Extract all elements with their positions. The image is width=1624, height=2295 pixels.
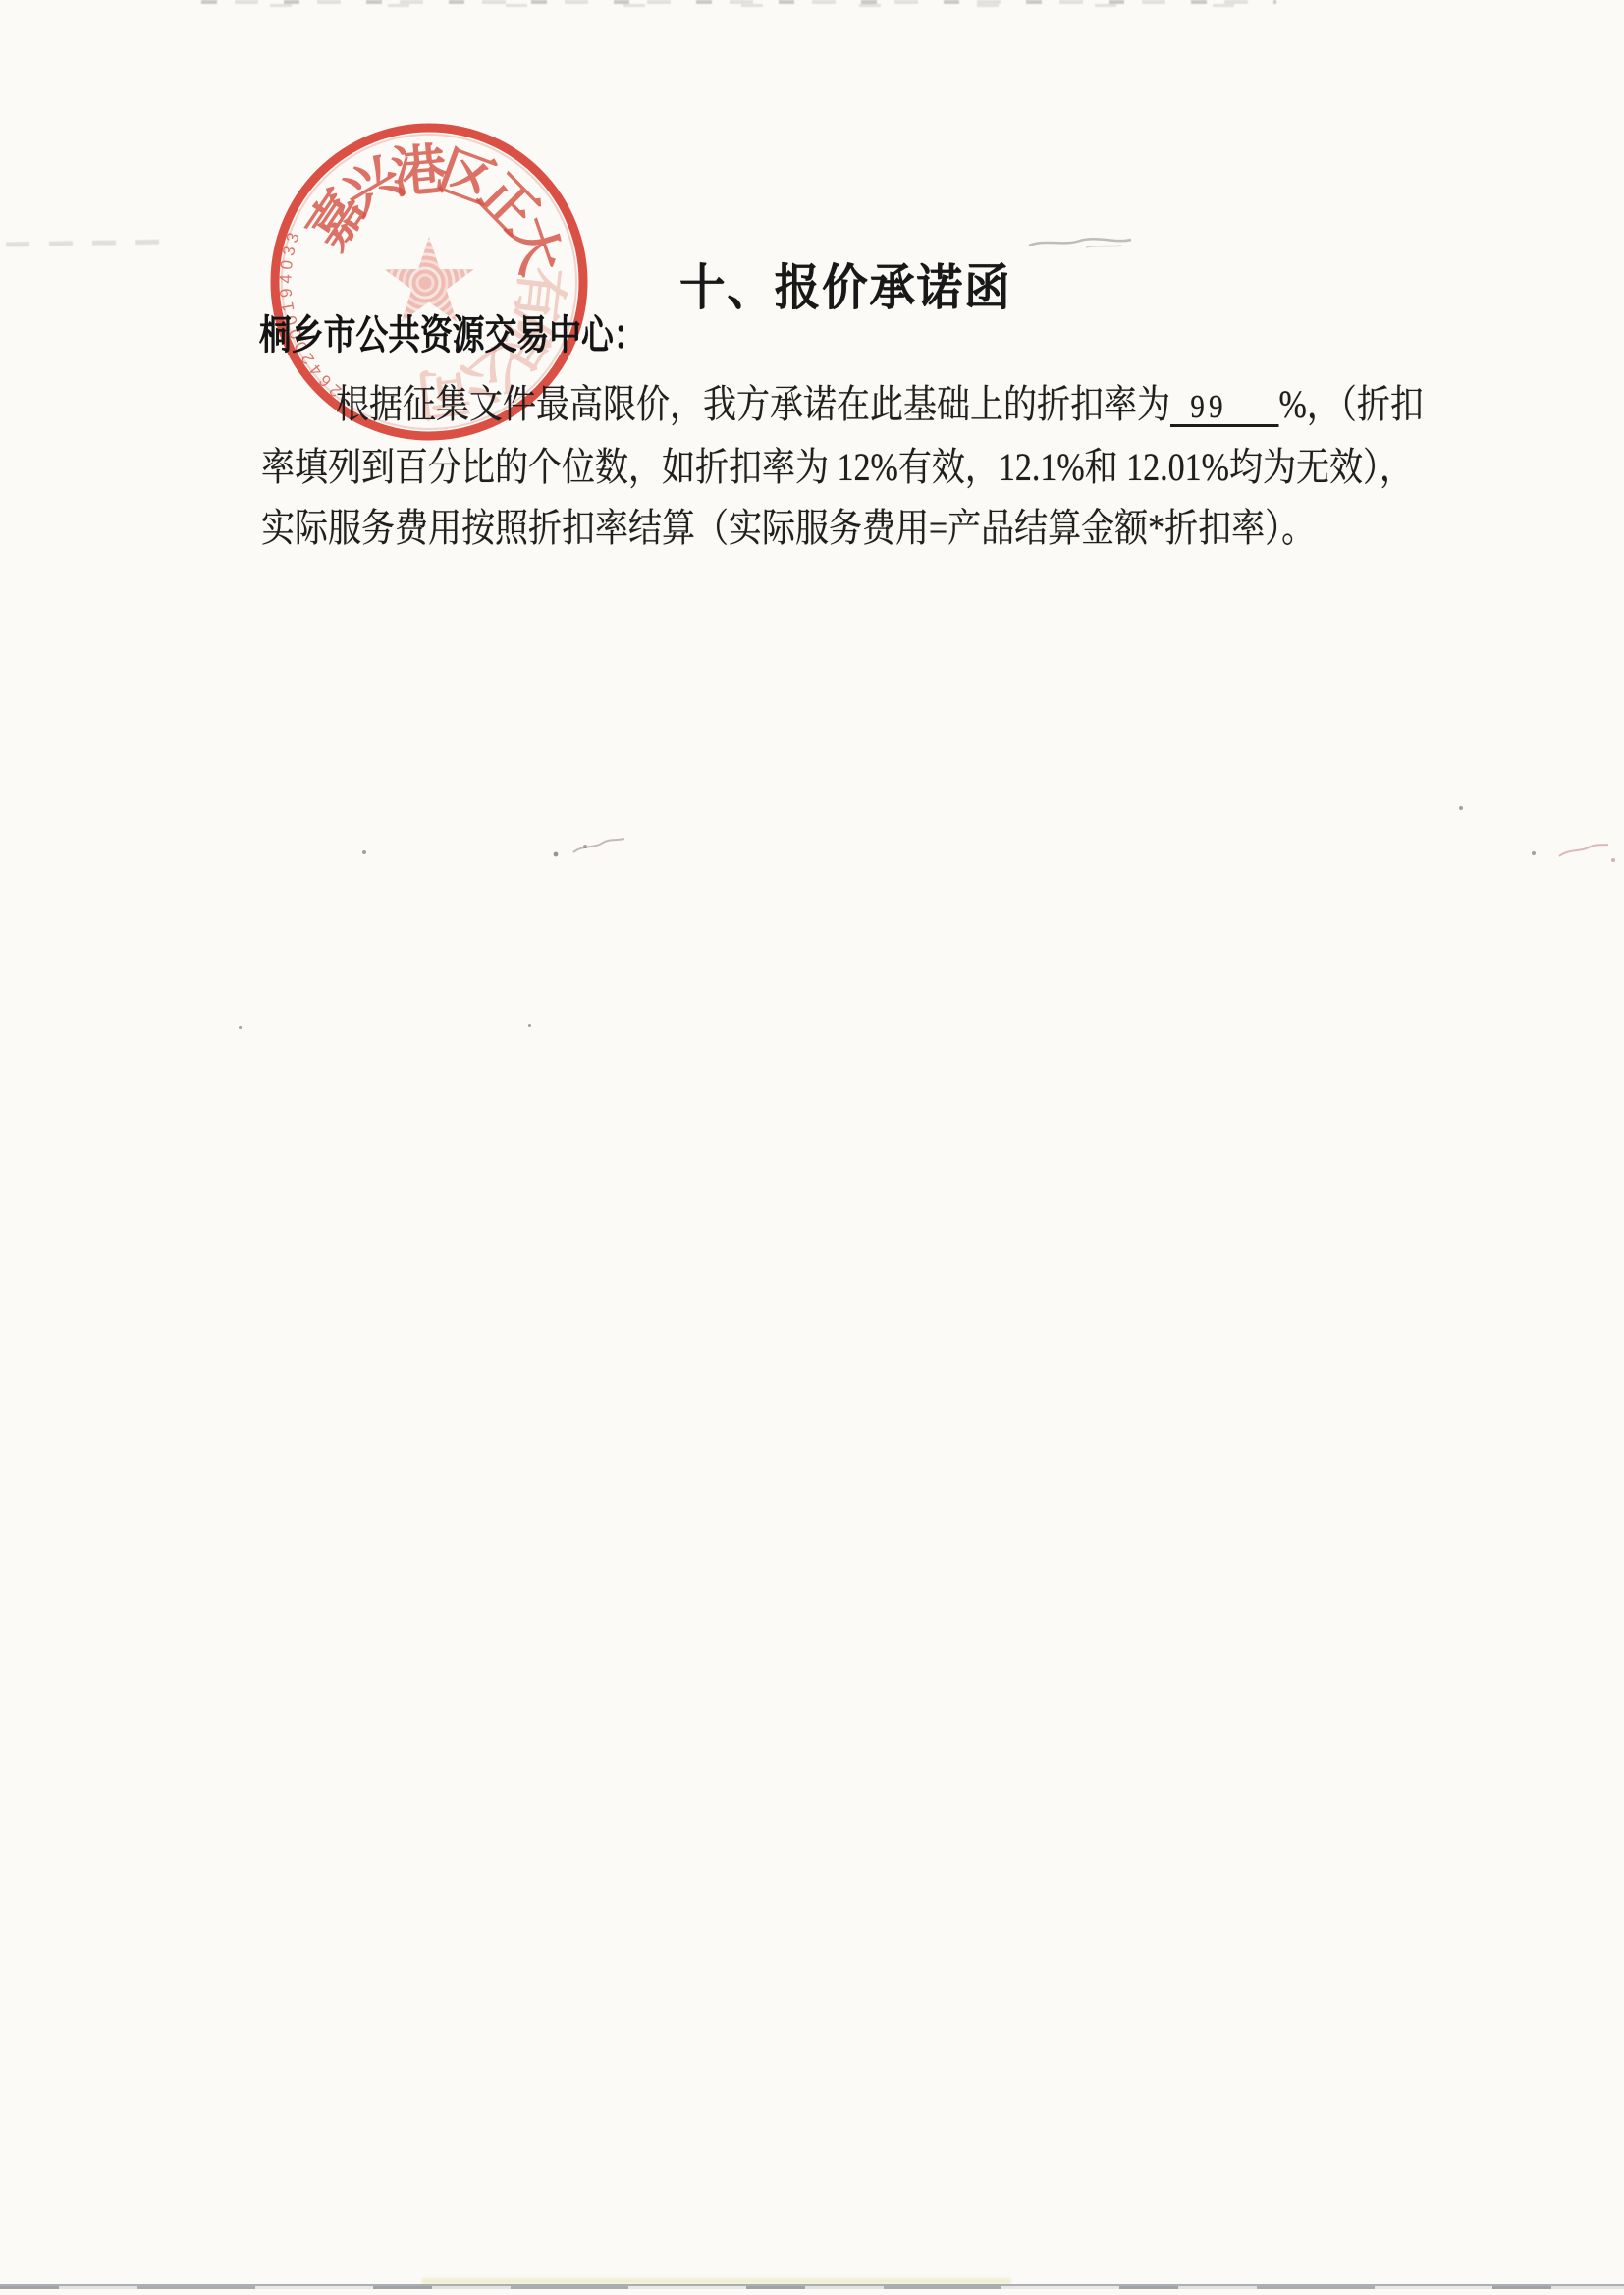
recipient-line: 桐乡市公共资源交易中心： [259, 302, 646, 360]
seal-serial-digit: 9 [277, 288, 297, 299]
scan-noise-bottom-edge [0, 2284, 1624, 2294]
paragraph-line-1: 根据征集文件最高限价，我方承诺在此基础上的折扣率为99%，（折扣 [336, 373, 1424, 429]
paragraph-line-3: 实际服务费用按照折扣率结算（实际服务费用=产品结算金额*折扣率）。 [261, 497, 1315, 553]
scan-smudge-right-of-title [1027, 232, 1135, 253]
discount-rate-filled-blank: 99 [1170, 391, 1279, 427]
scan-smudge-center [546, 833, 630, 862]
line1-text-before-blank: 根据征集文件最高限价，我方承诺在此基础上的折扣率为 [336, 382, 1170, 426]
scan-smudge-left-margin [6, 236, 168, 251]
seal-serial-digit: 4 [276, 274, 295, 284]
scan-speck [1611, 858, 1615, 862]
seal-serial-digit: 3 [279, 245, 299, 257]
discount-rate-value: 99 [1190, 389, 1226, 425]
seal-serial-digit: 3 [283, 230, 303, 245]
scan-speck [1459, 806, 1463, 810]
page-title: 十、报价承诺函 [679, 248, 1012, 319]
scan-speck [528, 1024, 531, 1027]
scanned-document-page: 嘉兴港区正大有限公司3304910002462 十、报价承诺函 桐乡市公共资源交… [0, 0, 1624, 2295]
scan-speck [239, 1026, 242, 1029]
scan-speck [1532, 851, 1536, 855]
paragraph-line-2: 率填列到百分比的个位数，如折扣率为 12%有效，12.1%和 12.01%均为无… [261, 436, 1413, 492]
scan-smudge-right-margin [1555, 839, 1614, 864]
scan-speck [362, 850, 366, 854]
line1-text-after-blank: %，（折扣 [1279, 382, 1424, 426]
seal-serial-digit: 0 [277, 259, 297, 271]
scan-noise-top-edge [201, 0, 1276, 9]
